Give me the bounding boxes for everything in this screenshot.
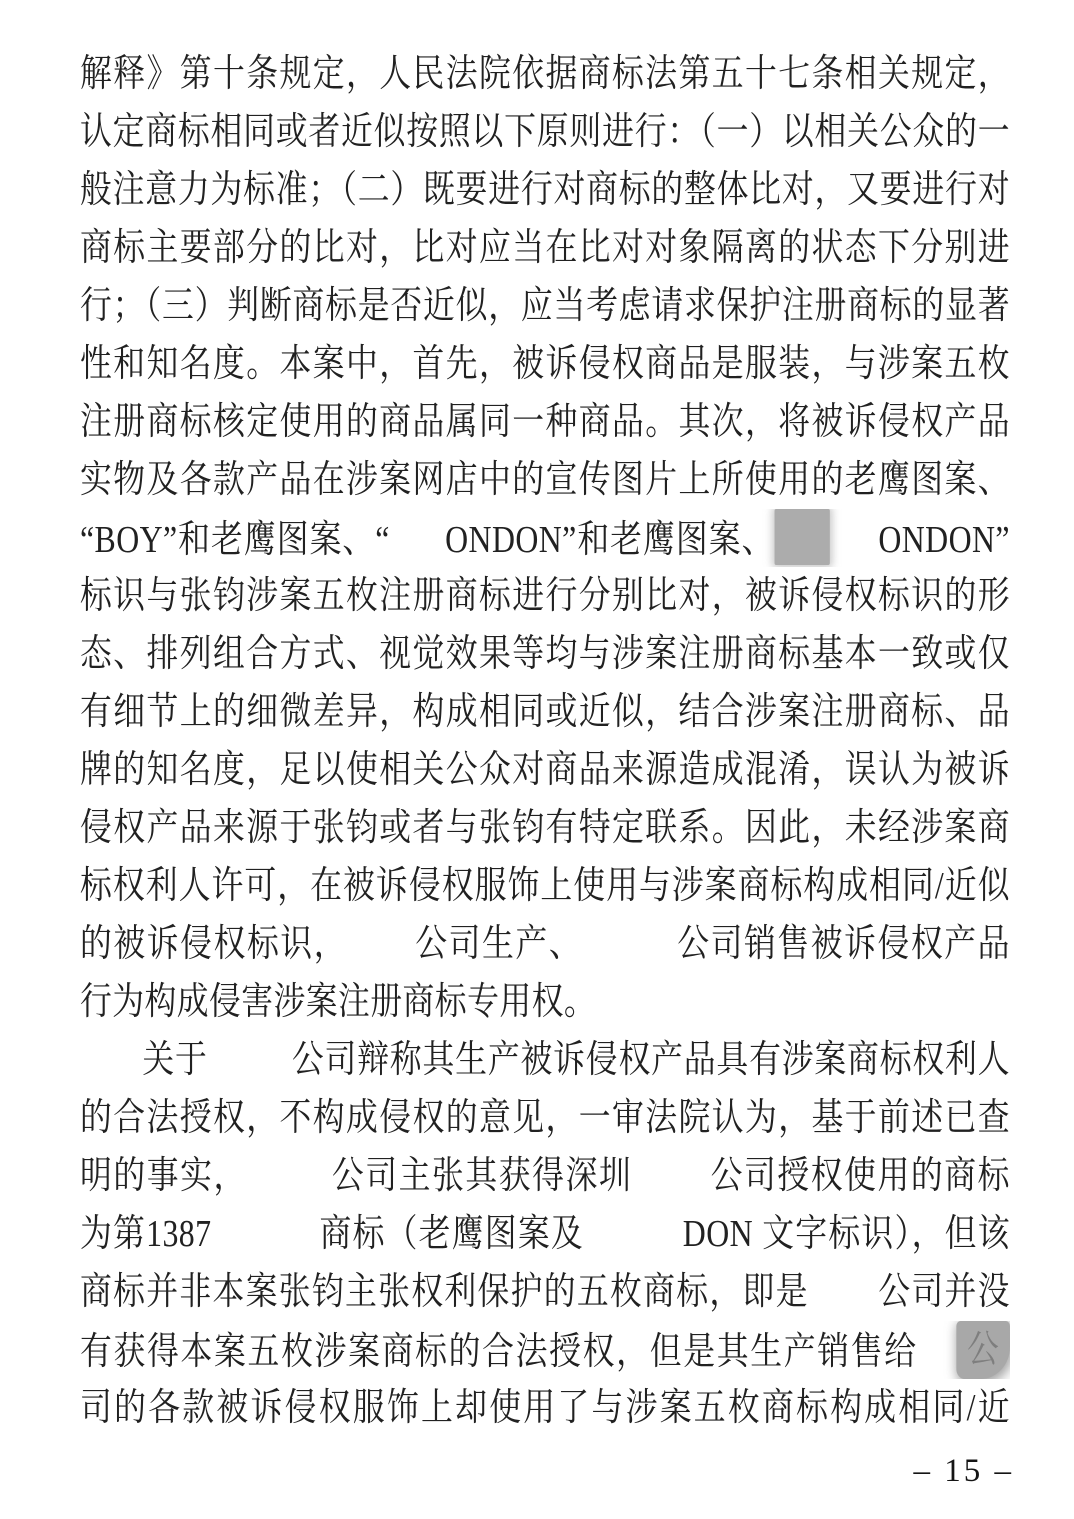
text-line: 注册商标核定使用的商品属同一种商品。其次，将被诉侵权产品 xyxy=(80,393,1010,451)
text-line: 商标并非本案张钧主张权利保护的五枚商标，即是公司并没 xyxy=(80,1263,1010,1321)
text-line: 的合法授权，不构成侵权的意见，一审法院认为，基于前述已查 xyxy=(80,1089,1010,1147)
text-line: 侵权产品来源于张钧或者与张钧有特定联系。因此，未经涉案商 xyxy=(80,799,1010,857)
text-segment: 的被诉侵权标识， xyxy=(80,923,347,965)
text-line: 牌的知名度，足以使相关公众对商品来源造成混淆，误认为被诉 xyxy=(80,741,1010,799)
text-segment: 注册商标核定使用的商品属同一种商品。其次，将被诉侵权产品 xyxy=(80,401,1010,443)
text-line: 性和知名度。本案中，首先，被诉侵权商品是服装，与涉案五枚 xyxy=(80,335,1010,393)
redaction-white-box xyxy=(918,1360,957,1364)
text-segment: 行为构成侵害涉案注册商标专用权。 xyxy=(80,981,596,1023)
redaction-white-box xyxy=(247,1184,331,1188)
text-line: “BOY”和老鹰图案、“ONDON”和老鹰图案、ONDON” xyxy=(80,509,1010,567)
text-segment: 为第1387 xyxy=(80,1213,211,1255)
text-line: 司的各款被诉侵权服饰上却使用了与涉案五枚商标构成相同/近 xyxy=(80,1379,1010,1437)
text-line: 般注意力为标准；（二）既要进行对商标的整体比对，又要进行对 xyxy=(80,161,1010,219)
body-text: 解释》第十条规定，人民法院依据商标法第五十七条相关规定，认定商标相同或者近似按照… xyxy=(80,45,1074,1437)
text-line: 为第1387商标（老鹰图案及DON 文字标识），但该 xyxy=(80,1205,1010,1263)
text-line: 行为构成侵害涉案注册商标专用权。 xyxy=(80,973,1010,1031)
text-segment: 态、排列组合方式、视觉效果等均与涉案注册商标基本一致或仅 xyxy=(80,633,1010,675)
text-segment: 实物及各款产品在涉案网店中的宣传图片上所使用的老鹰图案、 xyxy=(80,459,1010,501)
text-segment: 行；（三）判断商标是否近似，应当考虑请求保护注册商标的显著 xyxy=(80,285,1010,327)
redaction-white-box xyxy=(582,952,676,956)
text-line: 标识与张钧涉案五枚注册商标进行分别比对，被诉侵权标识的形 xyxy=(80,567,1010,625)
redaction-white-box xyxy=(584,1242,683,1246)
text-line: 有获得本案五枚涉案商标的合法授权，但是其生产销售给公 xyxy=(80,1321,1010,1379)
text-segment: 明的事实， xyxy=(80,1155,247,1197)
text-segment: ONDON” xyxy=(878,519,1010,561)
text-line: 行；（三）判断商标是否近似，应当考虑请求保护注册商标的显著 xyxy=(80,277,1010,335)
redaction-gray-blob-box: 公 xyxy=(956,1321,1010,1379)
redaction-white-box xyxy=(809,1300,878,1304)
text-segment: 标权利人许可，在被诉侵权服饰上使用与涉案商标构成相同/近似 xyxy=(80,865,1010,907)
text-segment: ONDON”和老鹰图案、 xyxy=(445,519,774,561)
text-line: 商标主要部分的比对，比对应当在比对对象隔离的状态下分别进 xyxy=(80,219,1010,277)
text-segment: 标识与张钧涉案五枚注册商标进行分别比对，被诉侵权标识的形 xyxy=(80,575,1010,617)
text-segment: 性和知名度。本案中，首先，被诉侵权商品是服装，与涉案五枚 xyxy=(80,343,1010,385)
redaction-white-box xyxy=(208,1068,292,1072)
text-segment: 公司授权使用的商标 xyxy=(709,1155,1009,1197)
text-line: 关于公司辩称其生产被诉侵权产品具有涉案商标权利人 xyxy=(80,1031,1010,1089)
text-segment: 侵权产品来源于张钧或者与张钧有特定联系。因此，未经涉案商 xyxy=(80,807,1010,849)
paragraph-indent xyxy=(80,1070,142,1072)
text-segment: 关于 xyxy=(142,1039,208,1081)
text-segment: 商标并非本案张钧主张权利保护的五枚商标，即是 xyxy=(80,1271,809,1313)
text-segment: 公司并没 xyxy=(877,1271,1010,1313)
text-segment: 公司辩称其生产被诉侵权产品具有涉案商标权利人 xyxy=(291,1039,1009,1081)
redaction-white-box xyxy=(830,548,879,552)
text-line: 认定商标相同或者近似按照以下原则进行：（一）以相关公众的一 xyxy=(80,103,1010,161)
redaction-hint-glyph: 公 xyxy=(956,1321,1010,1379)
text-segment: “BOY”和老鹰图案、“ xyxy=(80,519,390,561)
text-segment: 有细节上的细微差异，构成相同或近似，结合涉案注册商标、品 xyxy=(80,691,1010,733)
text-segment: 解释》第十条规定，人民法院依据商标法第五十七条相关规定， xyxy=(80,53,1010,95)
text-segment: 商标（老鹰图案及 xyxy=(319,1213,584,1255)
text-line: 标权利人许可，在被诉侵权服饰上使用与涉案商标构成相同/近似 xyxy=(80,857,1010,915)
text-segment: 公司生产、 xyxy=(414,923,582,965)
text-line: 有细节上的细微差异，构成相同或近似，结合涉案注册商标、品 xyxy=(80,683,1010,741)
page-number: – 15 – xyxy=(914,1453,1015,1490)
text-line: 明的事实，公司主张其获得深圳公司授权使用的商标 xyxy=(80,1147,1010,1205)
redaction-white-box xyxy=(632,1184,709,1188)
text-segment: 般注意力为标准；（二）既要进行对商标的整体比对，又要进行对 xyxy=(80,169,1010,211)
redaction-white-box xyxy=(211,1242,318,1246)
text-segment: 公司主张其获得深圳 xyxy=(331,1155,633,1197)
text-line: 态、排列组合方式、视觉效果等均与涉案注册商标基本一致或仅 xyxy=(80,625,1010,683)
redaction-gray-box xyxy=(774,509,829,565)
text-segment: 牌的知名度，足以使相关公众对商品来源造成混淆，误认为被诉 xyxy=(80,749,1010,791)
text-line: 解释》第十条规定，人民法院依据商标法第五十七条相关规定， xyxy=(80,45,1010,103)
redaction-white-box xyxy=(347,952,414,956)
text-line: 实物及各款产品在涉案网店中的宣传图片上所使用的老鹰图案、 xyxy=(80,451,1010,509)
scanned-judgment-page: 解释》第十条规定，人民法院依据商标法第五十七条相关规定，认定商标相同或者近似按照… xyxy=(0,0,1074,1519)
text-segment: 司的各款被诉侵权服饰上却使用了与涉案五枚商标构成相同/近 xyxy=(80,1387,1010,1429)
redaction-white-box xyxy=(390,548,445,552)
text-segment: 有获得本案五枚涉案商标的合法授权，但是其生产销售给 xyxy=(80,1331,918,1373)
text-segment: 认定商标相同或者近似按照以下原则进行：（一）以相关公众的一 xyxy=(80,111,1010,153)
text-segment: 的合法授权，不构成侵权的意见，一审法院认为，基于前述已查 xyxy=(80,1097,1010,1139)
text-segment: 商标主要部分的比对，比对应当在比对对象隔离的状态下分别进 xyxy=(80,227,1010,269)
text-segment: DON 文字标识），但该 xyxy=(683,1213,1010,1255)
text-line: 的被诉侵权标识，公司生产、公司销售被诉侵权产品的 xyxy=(80,915,1010,973)
